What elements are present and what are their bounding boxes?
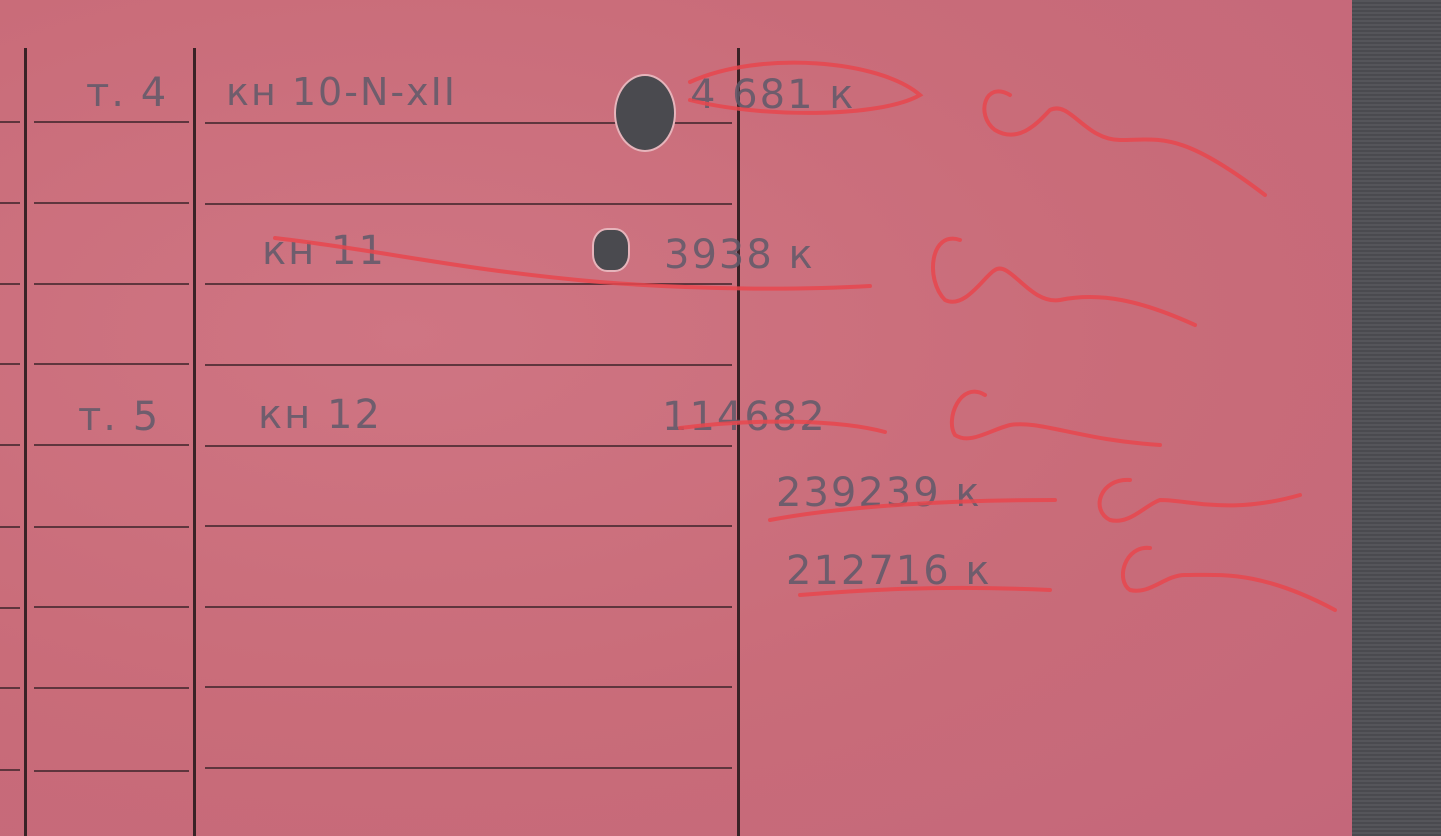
number-entry: 239239 к (776, 470, 982, 516)
column-rule-1 (24, 48, 27, 836)
number-entry: 4 681 к (690, 72, 855, 118)
number-entry: 212716 к (786, 548, 992, 594)
number-entry: 114682 (662, 394, 827, 440)
book-entry: кн 11 (262, 228, 386, 274)
volume-label: т. 4 (86, 70, 168, 116)
scanner-backing (1352, 0, 1441, 836)
punch-hole (592, 228, 630, 272)
punch-hole (614, 74, 676, 152)
book-entry: кн 12 (258, 392, 382, 438)
column-rule-3 (737, 48, 740, 836)
volume-label: т. 5 (78, 394, 160, 440)
book-entry: кн 10-N-хII (226, 70, 457, 114)
column-rule-2 (193, 48, 196, 836)
index-card: т. 4 кн 10-N-хII 4 681 к кн 11 3938 к т.… (0, 0, 1352, 836)
number-entry: 3938 к (664, 232, 815, 278)
